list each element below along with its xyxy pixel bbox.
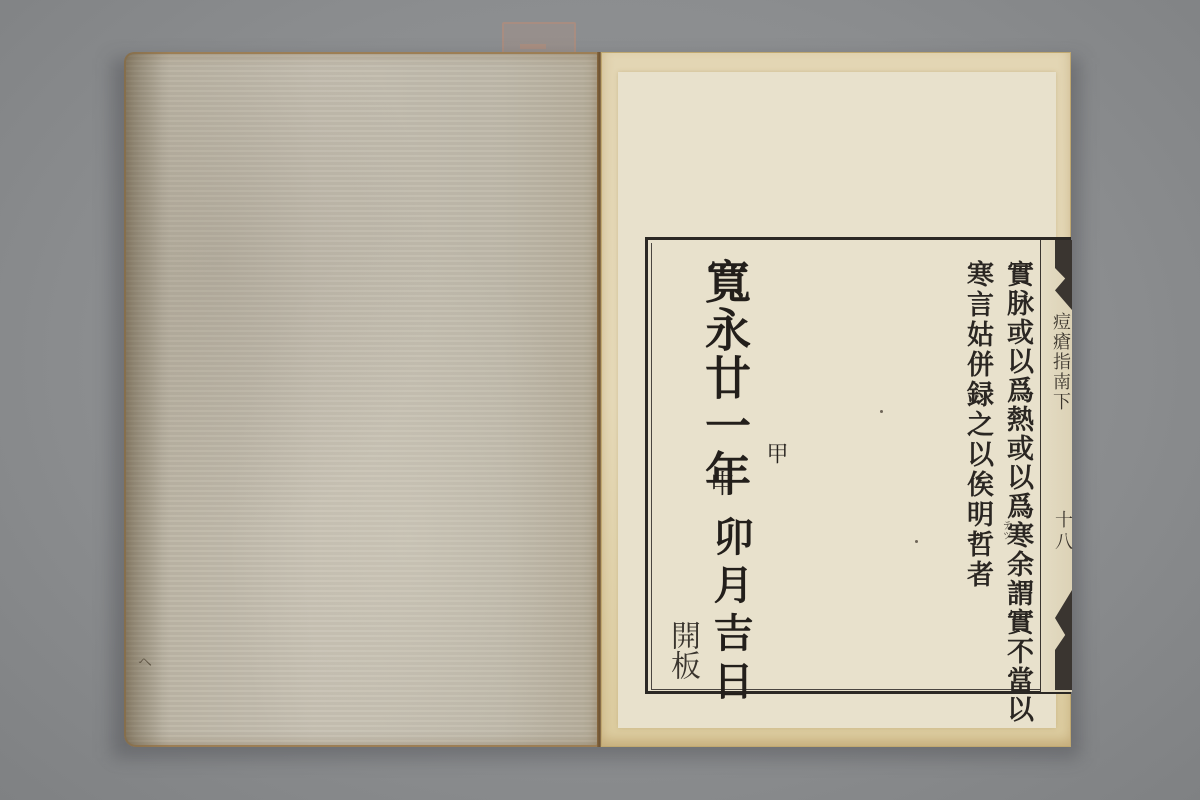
book-title: 痘瘡指南下 <box>1047 312 1073 412</box>
furigana: テツ <box>998 520 1013 540</box>
colophon-cyclical-2: 申 <box>702 470 739 496</box>
cover-mark: ヘ <box>138 652 152 672</box>
body-text-column-2: 寒言姑併録之以俟明哲者 <box>962 260 992 590</box>
fish-tail-mark-top-icon <box>1055 240 1072 310</box>
paper-speck <box>880 410 883 413</box>
folio-number: 十八 <box>1049 510 1075 554</box>
fish-tail-mark-bottom-icon <box>1055 590 1072 690</box>
colophon-month-day: 卯月吉日 <box>702 516 759 708</box>
left-cover-page: ヘ <box>124 52 599 747</box>
body-text-column-1: 實脉或以爲熱或以爲寒余謂實不當以 <box>1002 260 1032 724</box>
margin-column: 痘瘡指南下 十八 <box>1040 240 1072 692</box>
paper-speck <box>915 540 918 543</box>
colophon-era-year: 寬永廿一年 <box>700 258 750 498</box>
cover-edge-stain <box>124 52 170 747</box>
publisher-mark: 開板 <box>660 620 704 680</box>
colophon-cyclical-1: 甲 <box>760 442 791 464</box>
